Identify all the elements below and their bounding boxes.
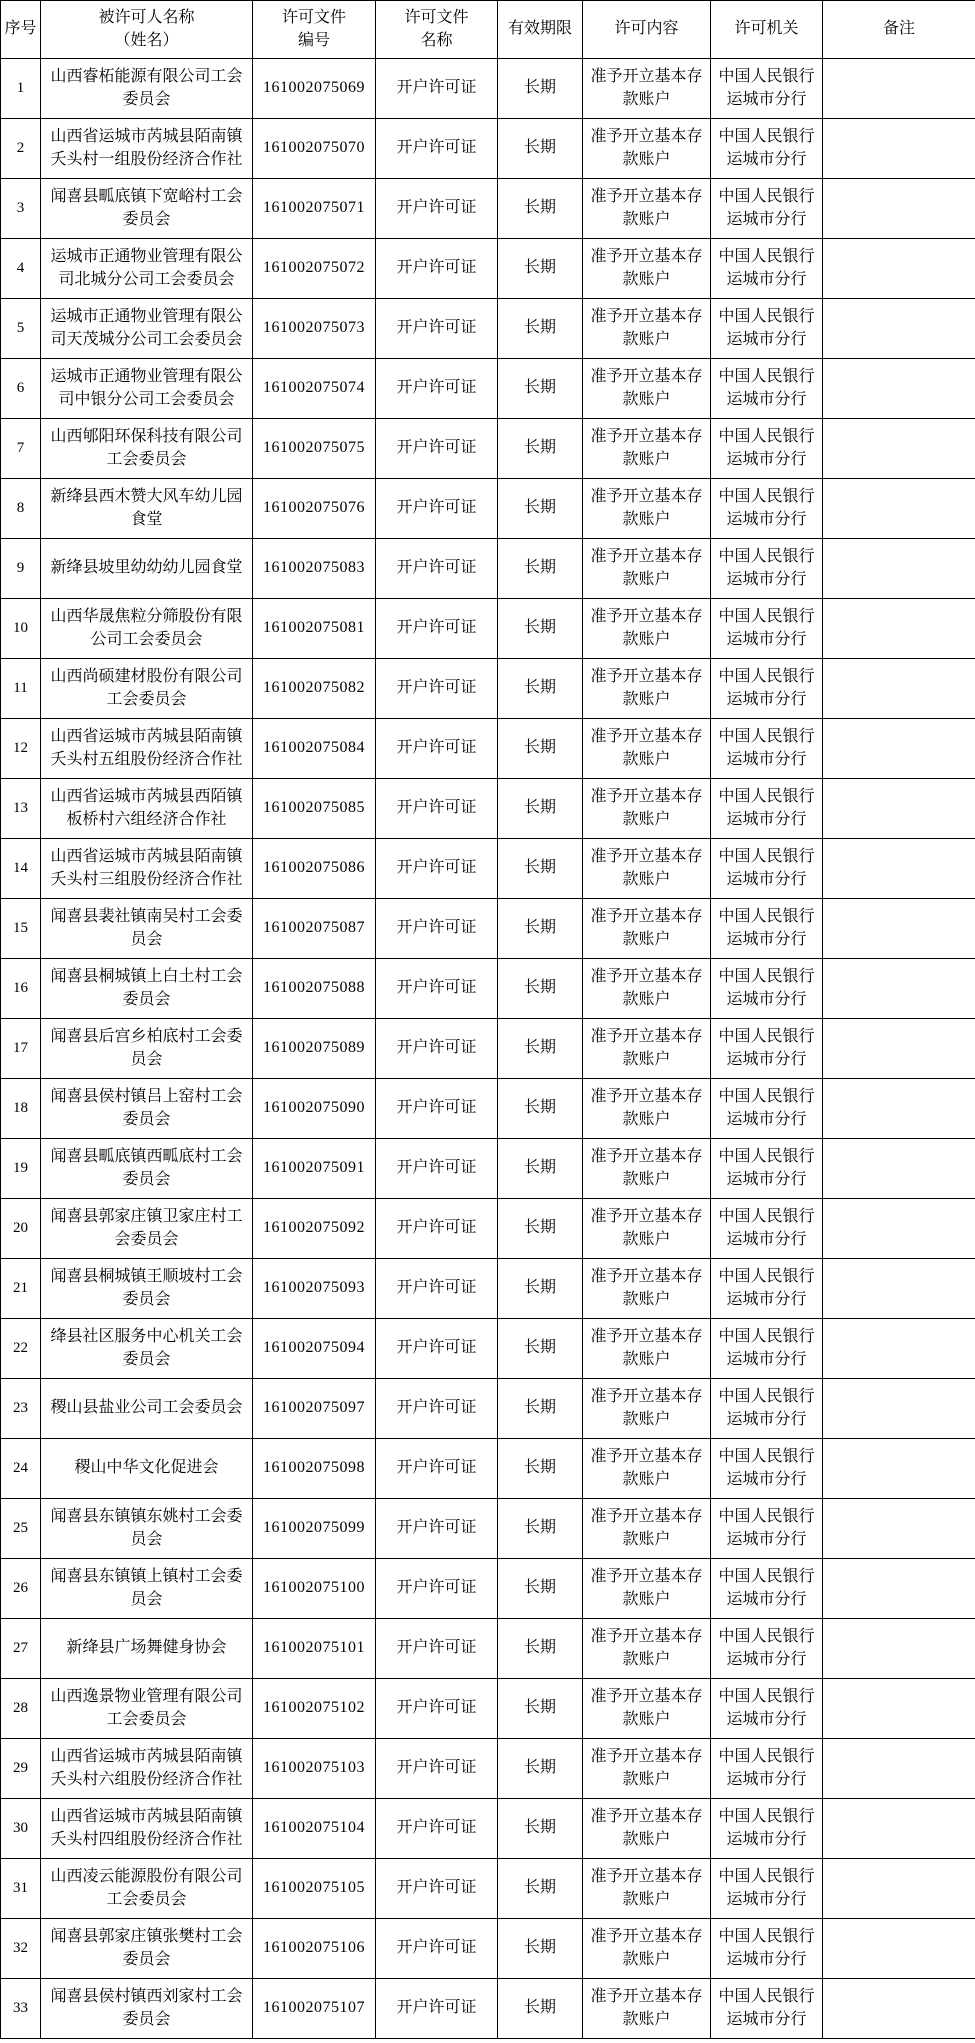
cell-content: 准予开立基本存 款账户 bbox=[583, 1799, 711, 1859]
table-row: 27新绛县广场舞健身协会161002075101开户许可证长期准予开立基本存 款… bbox=[1, 1619, 975, 1679]
cell-content: 准予开立基本存 款账户 bbox=[583, 959, 711, 1019]
column-header-name: 被许可人名称 （姓名） bbox=[41, 1, 253, 59]
cell-validity: 长期 bbox=[498, 1679, 583, 1739]
cell-doc: 开户许可证 bbox=[376, 779, 498, 839]
cell-remark bbox=[823, 1079, 975, 1139]
cell-content: 准予开立基本存 款账户 bbox=[583, 539, 711, 599]
cell-number: 161002075084 bbox=[253, 719, 376, 779]
cell-validity: 长期 bbox=[498, 899, 583, 959]
cell-name: 闻喜县东镇镇上镇村工会委员会 bbox=[41, 1559, 253, 1619]
cell-authority: 中国人民银行 运城市分行 bbox=[711, 1979, 823, 2039]
cell-name: 山西逸景物业管理有限公司工会委员会 bbox=[41, 1679, 253, 1739]
cell-seq: 22 bbox=[1, 1319, 41, 1379]
cell-content: 准予开立基本存 款账户 bbox=[583, 779, 711, 839]
cell-seq: 33 bbox=[1, 1979, 41, 2039]
cell-authority: 中国人民银行 运城市分行 bbox=[711, 1499, 823, 1559]
cell-name: 稷山县盐业公司工会委员会 bbox=[41, 1379, 253, 1439]
cell-doc: 开户许可证 bbox=[376, 1079, 498, 1139]
cell-number: 161002075086 bbox=[253, 839, 376, 899]
column-header-content: 许可内容 bbox=[583, 1, 711, 59]
cell-content: 准予开立基本存 款账户 bbox=[583, 119, 711, 179]
cell-seq: 12 bbox=[1, 719, 41, 779]
table-row: 5运城市正通物业管理有限公司天茂城分公司工会委员会161002075073开户许… bbox=[1, 299, 975, 359]
cell-validity: 长期 bbox=[498, 179, 583, 239]
cell-validity: 长期 bbox=[498, 1199, 583, 1259]
cell-number: 161002075090 bbox=[253, 1079, 376, 1139]
cell-name: 新绛县西木赞大风车幼儿园食堂 bbox=[41, 479, 253, 539]
cell-remark bbox=[823, 1919, 975, 1979]
cell-number: 161002075076 bbox=[253, 479, 376, 539]
table-row: 19闻喜县畖底镇西畖底村工会委员会161002075091开户许可证长期准予开立… bbox=[1, 1139, 975, 1199]
cell-content: 准予开立基本存 款账户 bbox=[583, 1619, 711, 1679]
cell-number: 161002075101 bbox=[253, 1619, 376, 1679]
table-row: 33闻喜县侯村镇西刘家村工会委员会161002075107开户许可证长期准予开立… bbox=[1, 1979, 975, 2039]
cell-seq: 16 bbox=[1, 959, 41, 1019]
cell-number: 161002075089 bbox=[253, 1019, 376, 1079]
cell-seq: 26 bbox=[1, 1559, 41, 1619]
cell-content: 准予开立基本存 款账户 bbox=[583, 1739, 711, 1799]
cell-validity: 长期 bbox=[498, 539, 583, 599]
column-header-remark: 备注 bbox=[823, 1, 975, 59]
cell-number: 161002075070 bbox=[253, 119, 376, 179]
cell-content: 准予开立基本存 款账户 bbox=[583, 1319, 711, 1379]
cell-validity: 长期 bbox=[498, 599, 583, 659]
cell-authority: 中国人民银行 运城市分行 bbox=[711, 779, 823, 839]
cell-validity: 长期 bbox=[498, 1799, 583, 1859]
cell-authority: 中国人民银行 运城市分行 bbox=[711, 1859, 823, 1919]
table-row: 16闻喜县桐城镇上白土村工会委员会161002075088开户许可证长期准予开立… bbox=[1, 959, 975, 1019]
cell-number: 161002075105 bbox=[253, 1859, 376, 1919]
cell-seq: 8 bbox=[1, 479, 41, 539]
cell-validity: 长期 bbox=[498, 959, 583, 1019]
cell-doc: 开户许可证 bbox=[376, 1619, 498, 1679]
cell-validity: 长期 bbox=[498, 59, 583, 119]
cell-doc: 开户许可证 bbox=[376, 899, 498, 959]
cell-validity: 长期 bbox=[498, 839, 583, 899]
cell-validity: 长期 bbox=[498, 1559, 583, 1619]
cell-doc: 开户许可证 bbox=[376, 1919, 498, 1979]
cell-validity: 长期 bbox=[498, 1079, 583, 1139]
cell-seq: 20 bbox=[1, 1199, 41, 1259]
cell-number: 161002075104 bbox=[253, 1799, 376, 1859]
cell-seq: 10 bbox=[1, 599, 41, 659]
cell-content: 准予开立基本存 款账户 bbox=[583, 1259, 711, 1319]
cell-number: 161002075082 bbox=[253, 659, 376, 719]
cell-name: 闻喜县郭家庄镇张樊村工会委员会 bbox=[41, 1919, 253, 1979]
cell-authority: 中国人民银行 运城市分行 bbox=[711, 119, 823, 179]
cell-content: 准予开立基本存 款账户 bbox=[583, 899, 711, 959]
cell-content: 准予开立基本存 款账户 bbox=[583, 359, 711, 419]
cell-seq: 19 bbox=[1, 1139, 41, 1199]
cell-doc: 开户许可证 bbox=[376, 1379, 498, 1439]
cell-validity: 长期 bbox=[498, 719, 583, 779]
cell-seq: 24 bbox=[1, 1439, 41, 1499]
cell-content: 准予开立基本存 款账户 bbox=[583, 1859, 711, 1919]
cell-name: 闻喜县侯村镇西刘家村工会委员会 bbox=[41, 1979, 253, 2039]
cell-validity: 长期 bbox=[498, 1019, 583, 1079]
cell-remark bbox=[823, 119, 975, 179]
cell-doc: 开户许可证 bbox=[376, 539, 498, 599]
cell-number: 161002075091 bbox=[253, 1139, 376, 1199]
cell-name: 山西省运城市芮城县陌南镇夭头村四组股份经济合作社 bbox=[41, 1799, 253, 1859]
table-row: 25闻喜县东镇镇东姚村工会委员会161002075099开户许可证长期准予开立基… bbox=[1, 1499, 975, 1559]
table-row: 22绛县社区服务中心机关工会委员会161002075094开户许可证长期准予开立… bbox=[1, 1319, 975, 1379]
cell-authority: 中国人民银行 运城市分行 bbox=[711, 659, 823, 719]
cell-validity: 长期 bbox=[498, 1979, 583, 2039]
table-row: 21闻喜县桐城镇王顺坡村工会委员会161002075093开户许可证长期准予开立… bbox=[1, 1259, 975, 1319]
cell-number: 161002075107 bbox=[253, 1979, 376, 2039]
cell-validity: 长期 bbox=[498, 1139, 583, 1199]
cell-authority: 中国人民银行 运城市分行 bbox=[711, 59, 823, 119]
cell-seq: 17 bbox=[1, 1019, 41, 1079]
cell-seq: 18 bbox=[1, 1079, 41, 1139]
cell-name: 闻喜县桐城镇王顺坡村工会委员会 bbox=[41, 1259, 253, 1319]
table-row: 31山西凌云能源股份有限公司工会委员会161002075105开户许可证长期准予… bbox=[1, 1859, 975, 1919]
column-header-doc: 许可文件 名称 bbox=[376, 1, 498, 59]
cell-doc: 开户许可证 bbox=[376, 1139, 498, 1199]
cell-doc: 开户许可证 bbox=[376, 719, 498, 779]
cell-name: 山西尚硕建材股份有限公司工会委员会 bbox=[41, 659, 253, 719]
cell-validity: 长期 bbox=[498, 1619, 583, 1679]
cell-number: 161002075088 bbox=[253, 959, 376, 1019]
cell-number: 161002075097 bbox=[253, 1379, 376, 1439]
table-body: 1山西睿柘能源有限公司工会委员会161002075069开户许可证长期准予开立基… bbox=[1, 59, 975, 2039]
cell-number: 161002075093 bbox=[253, 1259, 376, 1319]
cell-seq: 2 bbox=[1, 119, 41, 179]
cell-name: 闻喜县畖底镇下宽峪村工会委员会 bbox=[41, 179, 253, 239]
table-row: 6运城市正通物业管理有限公司中银分公司工会委员会161002075074开户许可… bbox=[1, 359, 975, 419]
cell-number: 161002075083 bbox=[253, 539, 376, 599]
cell-remark bbox=[823, 299, 975, 359]
cell-doc: 开户许可证 bbox=[376, 839, 498, 899]
license-table: 序号被许可人名称 （姓名）许可文件 编号许可文件 名称有效期限许可内容许可机关备… bbox=[0, 0, 975, 2039]
cell-authority: 中国人民银行 运城市分行 bbox=[711, 1079, 823, 1139]
cell-validity: 长期 bbox=[498, 1439, 583, 1499]
cell-doc: 开户许可证 bbox=[376, 419, 498, 479]
cell-content: 准予开立基本存 款账户 bbox=[583, 419, 711, 479]
table-row: 9新绛县坡里幼幼幼儿园食堂161002075083开户许可证长期准予开立基本存 … bbox=[1, 539, 975, 599]
cell-validity: 长期 bbox=[498, 239, 583, 299]
table-row: 28山西逸景物业管理有限公司工会委员会161002075102开户许可证长期准予… bbox=[1, 1679, 975, 1739]
cell-number: 161002075085 bbox=[253, 779, 376, 839]
cell-doc: 开户许可证 bbox=[376, 599, 498, 659]
cell-remark bbox=[823, 1619, 975, 1679]
cell-name: 闻喜县桐城镇上白土村工会委员会 bbox=[41, 959, 253, 1019]
cell-content: 准予开立基本存 款账户 bbox=[583, 299, 711, 359]
cell-name: 绛县社区服务中心机关工会委员会 bbox=[41, 1319, 253, 1379]
cell-doc: 开户许可证 bbox=[376, 1199, 498, 1259]
cell-number: 161002075106 bbox=[253, 1919, 376, 1979]
cell-remark bbox=[823, 1739, 975, 1799]
cell-content: 准予开立基本存 款账户 bbox=[583, 1559, 711, 1619]
cell-number: 161002075103 bbox=[253, 1739, 376, 1799]
cell-remark bbox=[823, 1379, 975, 1439]
cell-authority: 中国人民银行 运城市分行 bbox=[711, 719, 823, 779]
cell-remark bbox=[823, 1439, 975, 1499]
cell-authority: 中国人民银行 运城市分行 bbox=[711, 599, 823, 659]
cell-content: 准予开立基本存 款账户 bbox=[583, 1919, 711, 1979]
cell-content: 准予开立基本存 款账户 bbox=[583, 1379, 711, 1439]
cell-validity: 长期 bbox=[498, 359, 583, 419]
cell-authority: 中国人民银行 运城市分行 bbox=[711, 539, 823, 599]
cell-doc: 开户许可证 bbox=[376, 239, 498, 299]
cell-remark bbox=[823, 1319, 975, 1379]
cell-remark bbox=[823, 779, 975, 839]
cell-seq: 32 bbox=[1, 1919, 41, 1979]
cell-remark bbox=[823, 839, 975, 899]
table-row: 10山西华晟焦粒分筛股份有限公司工会委员会161002075081开户许可证长期… bbox=[1, 599, 975, 659]
cell-name: 山西省运城市芮城县陌南镇夭头村三组股份经济合作社 bbox=[41, 839, 253, 899]
cell-seq: 1 bbox=[1, 59, 41, 119]
cell-authority: 中国人民银行 运城市分行 bbox=[711, 1619, 823, 1679]
cell-validity: 长期 bbox=[498, 299, 583, 359]
cell-seq: 4 bbox=[1, 239, 41, 299]
cell-doc: 开户许可证 bbox=[376, 1259, 498, 1319]
cell-remark bbox=[823, 1499, 975, 1559]
cell-remark bbox=[823, 1139, 975, 1199]
cell-doc: 开户许可证 bbox=[376, 119, 498, 179]
cell-remark bbox=[823, 1979, 975, 2039]
cell-doc: 开户许可证 bbox=[376, 1859, 498, 1919]
table-row: 15闻喜县裴社镇南吴村工会委员会161002075087开户许可证长期准予开立基… bbox=[1, 899, 975, 959]
column-header-number: 许可文件 编号 bbox=[253, 1, 376, 59]
table-header: 序号被许可人名称 （姓名）许可文件 编号许可文件 名称有效期限许可内容许可机关备… bbox=[1, 1, 975, 59]
cell-authority: 中国人民银行 运城市分行 bbox=[711, 1139, 823, 1199]
table-row: 29山西省运城市芮城县陌南镇夭头村六组股份经济合作社161002075103开户… bbox=[1, 1739, 975, 1799]
cell-authority: 中国人民银行 运城市分行 bbox=[711, 1379, 823, 1439]
cell-authority: 中国人民银行 运城市分行 bbox=[711, 179, 823, 239]
table-row: 8新绛县西木赞大风车幼儿园食堂161002075076开户许可证长期准予开立基本… bbox=[1, 479, 975, 539]
cell-seq: 28 bbox=[1, 1679, 41, 1739]
cell-content: 准予开立基本存 款账户 bbox=[583, 1139, 711, 1199]
cell-remark bbox=[823, 1259, 975, 1319]
cell-seq: 11 bbox=[1, 659, 41, 719]
cell-doc: 开户许可证 bbox=[376, 1439, 498, 1499]
cell-content: 准予开立基本存 款账户 bbox=[583, 1679, 711, 1739]
cell-content: 准予开立基本存 款账户 bbox=[583, 1199, 711, 1259]
cell-validity: 长期 bbox=[498, 1859, 583, 1919]
cell-content: 准予开立基本存 款账户 bbox=[583, 1439, 711, 1499]
cell-authority: 中国人民银行 运城市分行 bbox=[711, 299, 823, 359]
table-row: 7山西郇阳环保科技有限公司工会委员会161002075075开户许可证长期准予开… bbox=[1, 419, 975, 479]
cell-remark bbox=[823, 659, 975, 719]
cell-name: 山西凌云能源股份有限公司工会委员会 bbox=[41, 1859, 253, 1919]
cell-authority: 中国人民银行 运城市分行 bbox=[711, 359, 823, 419]
cell-doc: 开户许可证 bbox=[376, 299, 498, 359]
cell-seq: 9 bbox=[1, 539, 41, 599]
cell-content: 准予开立基本存 款账户 bbox=[583, 659, 711, 719]
cell-authority: 中国人民银行 运城市分行 bbox=[711, 1679, 823, 1739]
cell-seq: 3 bbox=[1, 179, 41, 239]
cell-remark bbox=[823, 959, 975, 1019]
cell-validity: 长期 bbox=[498, 659, 583, 719]
cell-name: 闻喜县郭家庄镇卫家庄村工会委员会 bbox=[41, 1199, 253, 1259]
cell-remark bbox=[823, 59, 975, 119]
cell-name: 闻喜县畖底镇西畖底村工会委员会 bbox=[41, 1139, 253, 1199]
cell-doc: 开户许可证 bbox=[376, 359, 498, 419]
cell-authority: 中国人民银行 运城市分行 bbox=[711, 1739, 823, 1799]
cell-authority: 中国人民银行 运城市分行 bbox=[711, 1439, 823, 1499]
cell-name: 运城市正通物业管理有限公司天茂城分公司工会委员会 bbox=[41, 299, 253, 359]
cell-validity: 长期 bbox=[498, 119, 583, 179]
cell-number: 161002075069 bbox=[253, 59, 376, 119]
cell-name: 山西省运城市芮城县陌南镇夭头村五组股份经济合作社 bbox=[41, 719, 253, 779]
cell-validity: 长期 bbox=[498, 1739, 583, 1799]
cell-remark bbox=[823, 419, 975, 479]
cell-authority: 中国人民银行 运城市分行 bbox=[711, 419, 823, 479]
cell-doc: 开户许可证 bbox=[376, 479, 498, 539]
cell-validity: 长期 bbox=[498, 1319, 583, 1379]
cell-authority: 中国人民银行 运城市分行 bbox=[711, 899, 823, 959]
cell-doc: 开户许可证 bbox=[376, 1019, 498, 1079]
cell-number: 161002075073 bbox=[253, 299, 376, 359]
cell-seq: 30 bbox=[1, 1799, 41, 1859]
table-row: 20闻喜县郭家庄镇卫家庄村工会委员会161002075092开户许可证长期准予开… bbox=[1, 1199, 975, 1259]
cell-authority: 中国人民银行 运城市分行 bbox=[711, 1319, 823, 1379]
cell-name: 闻喜县后宫乡柏底村工会委员会 bbox=[41, 1019, 253, 1079]
cell-authority: 中国人民银行 运城市分行 bbox=[711, 959, 823, 1019]
cell-seq: 13 bbox=[1, 779, 41, 839]
cell-doc: 开户许可证 bbox=[376, 1499, 498, 1559]
cell-remark bbox=[823, 1679, 975, 1739]
cell-name: 山西省运城市芮城县陌南镇夭头村六组股份经济合作社 bbox=[41, 1739, 253, 1799]
cell-remark bbox=[823, 359, 975, 419]
table-row: 24稷山中华文化促进会161002075098开户许可证长期准予开立基本存 款账… bbox=[1, 1439, 975, 1499]
cell-authority: 中国人民银行 运城市分行 bbox=[711, 1259, 823, 1319]
cell-doc: 开户许可证 bbox=[376, 1679, 498, 1739]
column-header-authority: 许可机关 bbox=[711, 1, 823, 59]
cell-doc: 开户许可证 bbox=[376, 1739, 498, 1799]
cell-seq: 14 bbox=[1, 839, 41, 899]
cell-seq: 27 bbox=[1, 1619, 41, 1679]
cell-number: 161002075098 bbox=[253, 1439, 376, 1499]
cell-authority: 中国人民银行 运城市分行 bbox=[711, 1559, 823, 1619]
cell-validity: 长期 bbox=[498, 419, 583, 479]
cell-content: 准予开立基本存 款账户 bbox=[583, 1019, 711, 1079]
header-row: 序号被许可人名称 （姓名）许可文件 编号许可文件 名称有效期限许可内容许可机关备… bbox=[1, 1, 975, 59]
cell-seq: 29 bbox=[1, 1739, 41, 1799]
cell-remark bbox=[823, 719, 975, 779]
cell-name: 山西郇阳环保科技有限公司工会委员会 bbox=[41, 419, 253, 479]
cell-name: 山西省运城市芮城县西陌镇板桥村六组经济合作社 bbox=[41, 779, 253, 839]
cell-content: 准予开立基本存 款账户 bbox=[583, 599, 711, 659]
cell-validity: 长期 bbox=[498, 1919, 583, 1979]
column-header-seq: 序号 bbox=[1, 1, 41, 59]
cell-remark bbox=[823, 1859, 975, 1919]
cell-number: 161002075087 bbox=[253, 899, 376, 959]
cell-content: 准予开立基本存 款账户 bbox=[583, 839, 711, 899]
cell-number: 161002075071 bbox=[253, 179, 376, 239]
cell-seq: 25 bbox=[1, 1499, 41, 1559]
cell-seq: 7 bbox=[1, 419, 41, 479]
column-header-validity: 有效期限 bbox=[498, 1, 583, 59]
cell-remark bbox=[823, 539, 975, 599]
cell-validity: 长期 bbox=[498, 779, 583, 839]
table-row: 13山西省运城市芮城县西陌镇板桥村六组经济合作社161002075085开户许可… bbox=[1, 779, 975, 839]
cell-validity: 长期 bbox=[498, 479, 583, 539]
cell-number: 161002075075 bbox=[253, 419, 376, 479]
cell-content: 准予开立基本存 款账户 bbox=[583, 1499, 711, 1559]
cell-name: 闻喜县裴社镇南吴村工会委员会 bbox=[41, 899, 253, 959]
cell-name: 闻喜县东镇镇东姚村工会委员会 bbox=[41, 1499, 253, 1559]
table-row: 32闻喜县郭家庄镇张樊村工会委员会161002075106开户许可证长期准予开立… bbox=[1, 1919, 975, 1979]
cell-remark bbox=[823, 599, 975, 659]
cell-authority: 中国人民银行 运城市分行 bbox=[711, 479, 823, 539]
cell-name: 运城市正通物业管理有限公司北城分公司工会委员会 bbox=[41, 239, 253, 299]
cell-validity: 长期 bbox=[498, 1499, 583, 1559]
table-row: 12山西省运城市芮城县陌南镇夭头村五组股份经济合作社161002075084开户… bbox=[1, 719, 975, 779]
cell-authority: 中国人民银行 运城市分行 bbox=[711, 1799, 823, 1859]
cell-seq: 5 bbox=[1, 299, 41, 359]
cell-authority: 中国人民银行 运城市分行 bbox=[711, 239, 823, 299]
cell-content: 准予开立基本存 款账户 bbox=[583, 239, 711, 299]
table-row: 11山西尚硕建材股份有限公司工会委员会161002075082开户许可证长期准予… bbox=[1, 659, 975, 719]
cell-seq: 6 bbox=[1, 359, 41, 419]
cell-number: 161002075099 bbox=[253, 1499, 376, 1559]
cell-content: 准予开立基本存 款账户 bbox=[583, 179, 711, 239]
cell-number: 161002075102 bbox=[253, 1679, 376, 1739]
cell-validity: 长期 bbox=[498, 1379, 583, 1439]
table-row: 23稷山县盐业公司工会委员会161002075097开户许可证长期准予开立基本存… bbox=[1, 1379, 975, 1439]
cell-seq: 21 bbox=[1, 1259, 41, 1319]
cell-doc: 开户许可证 bbox=[376, 959, 498, 1019]
cell-name: 新绛县广场舞健身协会 bbox=[41, 1619, 253, 1679]
cell-number: 161002075100 bbox=[253, 1559, 376, 1619]
cell-number: 161002075081 bbox=[253, 599, 376, 659]
cell-remark bbox=[823, 1199, 975, 1259]
cell-authority: 中国人民银行 运城市分行 bbox=[711, 839, 823, 899]
cell-seq: 23 bbox=[1, 1379, 41, 1439]
cell-name: 山西省运城市芮城县陌南镇夭头村一组股份经济合作社 bbox=[41, 119, 253, 179]
cell-content: 准予开立基本存 款账户 bbox=[583, 479, 711, 539]
cell-doc: 开户许可证 bbox=[376, 1799, 498, 1859]
cell-seq: 15 bbox=[1, 899, 41, 959]
table-row: 17闻喜县后宫乡柏底村工会委员会161002075089开户许可证长期准予开立基… bbox=[1, 1019, 975, 1079]
cell-remark bbox=[823, 1799, 975, 1859]
table-row: 18闻喜县侯村镇吕上窑村工会委员会161002075090开户许可证长期准予开立… bbox=[1, 1079, 975, 1139]
cell-authority: 中国人民银行 运城市分行 bbox=[711, 1199, 823, 1259]
cell-remark bbox=[823, 179, 975, 239]
table-row: 4运城市正通物业管理有限公司北城分公司工会委员会161002075072开户许可… bbox=[1, 239, 975, 299]
cell-doc: 开户许可证 bbox=[376, 1559, 498, 1619]
cell-name: 山西睿柘能源有限公司工会委员会 bbox=[41, 59, 253, 119]
table-row: 3闻喜县畖底镇下宽峪村工会委员会161002075071开户许可证长期准予开立基… bbox=[1, 179, 975, 239]
cell-authority: 中国人民银行 运城市分行 bbox=[711, 1019, 823, 1079]
cell-validity: 长期 bbox=[498, 1259, 583, 1319]
cell-remark bbox=[823, 239, 975, 299]
cell-content: 准予开立基本存 款账户 bbox=[583, 719, 711, 779]
cell-number: 161002075074 bbox=[253, 359, 376, 419]
cell-name: 新绛县坡里幼幼幼儿园食堂 bbox=[41, 539, 253, 599]
table-row: 26闻喜县东镇镇上镇村工会委员会161002075100开户许可证长期准予开立基… bbox=[1, 1559, 975, 1619]
cell-content: 准予开立基本存 款账户 bbox=[583, 59, 711, 119]
cell-number: 161002075092 bbox=[253, 1199, 376, 1259]
table-row: 2山西省运城市芮城县陌南镇夭头村一组股份经济合作社161002075070开户许… bbox=[1, 119, 975, 179]
cell-doc: 开户许可证 bbox=[376, 1979, 498, 2039]
cell-number: 161002075072 bbox=[253, 239, 376, 299]
cell-doc: 开户许可证 bbox=[376, 659, 498, 719]
cell-name: 运城市正通物业管理有限公司中银分公司工会委员会 bbox=[41, 359, 253, 419]
cell-doc: 开户许可证 bbox=[376, 179, 498, 239]
table-row: 1山西睿柘能源有限公司工会委员会161002075069开户许可证长期准予开立基… bbox=[1, 59, 975, 119]
cell-doc: 开户许可证 bbox=[376, 59, 498, 119]
cell-remark bbox=[823, 1559, 975, 1619]
cell-seq: 31 bbox=[1, 1859, 41, 1919]
table-row: 30山西省运城市芮城县陌南镇夭头村四组股份经济合作社161002075104开户… bbox=[1, 1799, 975, 1859]
cell-name: 山西华晟焦粒分筛股份有限公司工会委员会 bbox=[41, 599, 253, 659]
cell-remark bbox=[823, 1019, 975, 1079]
cell-remark bbox=[823, 479, 975, 539]
